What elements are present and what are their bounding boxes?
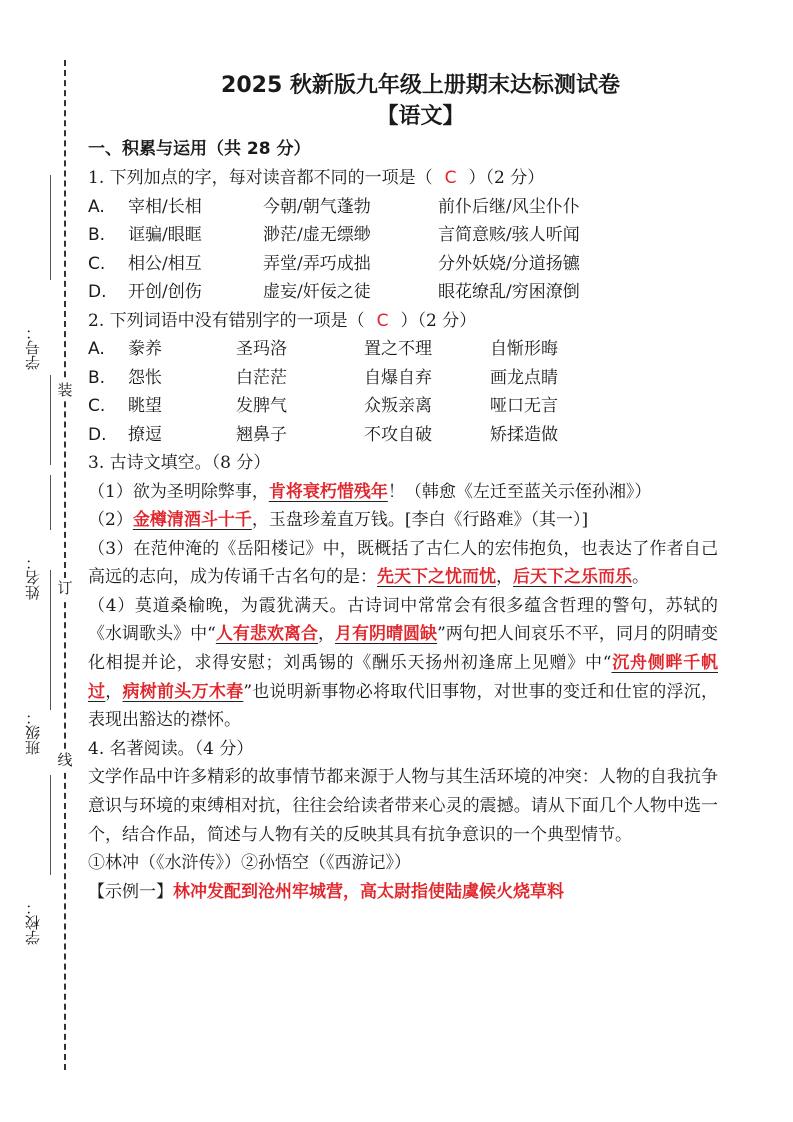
question-3-part-4: （4）莫道桑榆晚，为霞犹满天。古诗词中常常会有很多蕴含哲理的警句，苏轼的《水调歌… — [88, 592, 718, 735]
class-field[interactable]: 班级： — [22, 570, 46, 810]
question-1-option-d: D.开创/创伤虚妄/奸佞之徒眼花缭乱/穷困潦倒 — [88, 278, 718, 307]
question-1-option-b: B.诓骗/眼眶渺茫/虚无缥缈言简意赅/骇人听闻 — [88, 221, 718, 250]
question-2-option-d: D.撩逗翘鼻子不攻自破矫揉造做 — [88, 421, 718, 450]
question-3-part-2: （2）金樽清酒斗十千，玉盘珍羞直万钱。[李白《行路难》（其一）] — [88, 506, 718, 535]
question-2-option-b: B.怨怅白茫茫自爆自弃画龙点睛 — [88, 364, 718, 393]
answer-blank: 月有阴晴圆缺 — [335, 624, 437, 644]
answer-blank: 病树前头万木春 — [123, 682, 244, 702]
question-4-body: 文学作品中许多精彩的故事情节都来源于人物与其生活环境的冲突：人物的自我抗争意识与… — [88, 763, 718, 849]
binding-mark-xian: 线 — [56, 750, 74, 770]
binding-dashed-line — [64, 60, 66, 1070]
question-2-option-a: A.豢养圣玛洛置之不理自惭形晦 — [88, 335, 718, 364]
question-3-stem: 3. 古诗文填空。（8 分） — [88, 449, 718, 478]
question-2-option-c: C.眺望发脾气众叛亲离哑口无言 — [88, 392, 718, 421]
question-4-example: 【示例一】林冲发配到沧州牢城营，高太尉指使陆虞候火烧草料 — [88, 878, 718, 907]
answer-blank: 人有悲欢离合 — [216, 624, 318, 644]
exam-subject: 【语文】 — [123, 102, 718, 132]
student-id-label: 学号： — [22, 325, 46, 370]
example-label: 【示例一】 — [88, 882, 173, 902]
school-label: 学校： — [22, 900, 46, 945]
answer-blank: 金樽清酒斗十千 — [133, 510, 252, 530]
question-4-choices: ①林冲（《水浒传》）②孙悟空（《西游记》） — [88, 849, 718, 878]
answer-blank: 后天下之乐而乐 — [513, 567, 632, 587]
example-answer: 林冲发配到沧州牢城营，高太尉指使陆虞候火烧草料 — [173, 882, 564, 902]
section-heading: 一、积累与运用（共 28 分） — [88, 134, 718, 164]
binding-mark-zhuang: 装 — [56, 380, 74, 400]
question-3-part-3: （3）在范仲淹的《岳阳楼记》中，既概括了古仁人的宏伟抱负，也表达了作者自己高远的… — [88, 535, 718, 592]
question-1-option-a: A.宰相/长相今朝/朝气蓬勃前仆后继/风尘仆仆 — [88, 193, 718, 222]
student-id-field[interactable]: 学号： — [22, 175, 46, 425]
answer-blank: 肯将衰朽惜残年 — [269, 482, 388, 502]
binding-mark-ding: 订 — [56, 578, 74, 598]
question-1-stem: 1. 下列加点的字，每对读音都不同的一项是（C）（2 分） — [88, 164, 718, 193]
exam-title: 2025 秋新版九年级上册期末达标测试卷 — [123, 70, 718, 102]
question-3-part-1: （1）欲为圣明除弊事，肯将衰朽惜残年！（韩愈《左迁至蓝关示侄孙湘》） — [88, 478, 718, 507]
exam-page: 2025 秋新版九年级上册期末达标测试卷 【语文】 一、积累与运用（共 28 分… — [88, 70, 718, 906]
question-2-answer: C — [365, 311, 401, 331]
school-field[interactable]: 学校： — [22, 880, 46, 1020]
question-4-stem: 4. 名著阅读。（4 分） — [88, 735, 718, 764]
class-label: 班级： — [22, 710, 46, 755]
binding-margin: 装 订 线 学号： 姓名： 班级： 学校： — [0, 0, 80, 1122]
question-1-option-c: C.相公/相互弄堂/弄巧成拙分外妖娆/分道扬镳 — [88, 250, 718, 279]
question-2-stem: 2. 下列词语中没有错别字的一项是（C）（2 分） — [88, 307, 718, 336]
answer-blank: 先天下之忧而忧 — [377, 567, 496, 587]
question-1-answer: C — [433, 168, 469, 188]
